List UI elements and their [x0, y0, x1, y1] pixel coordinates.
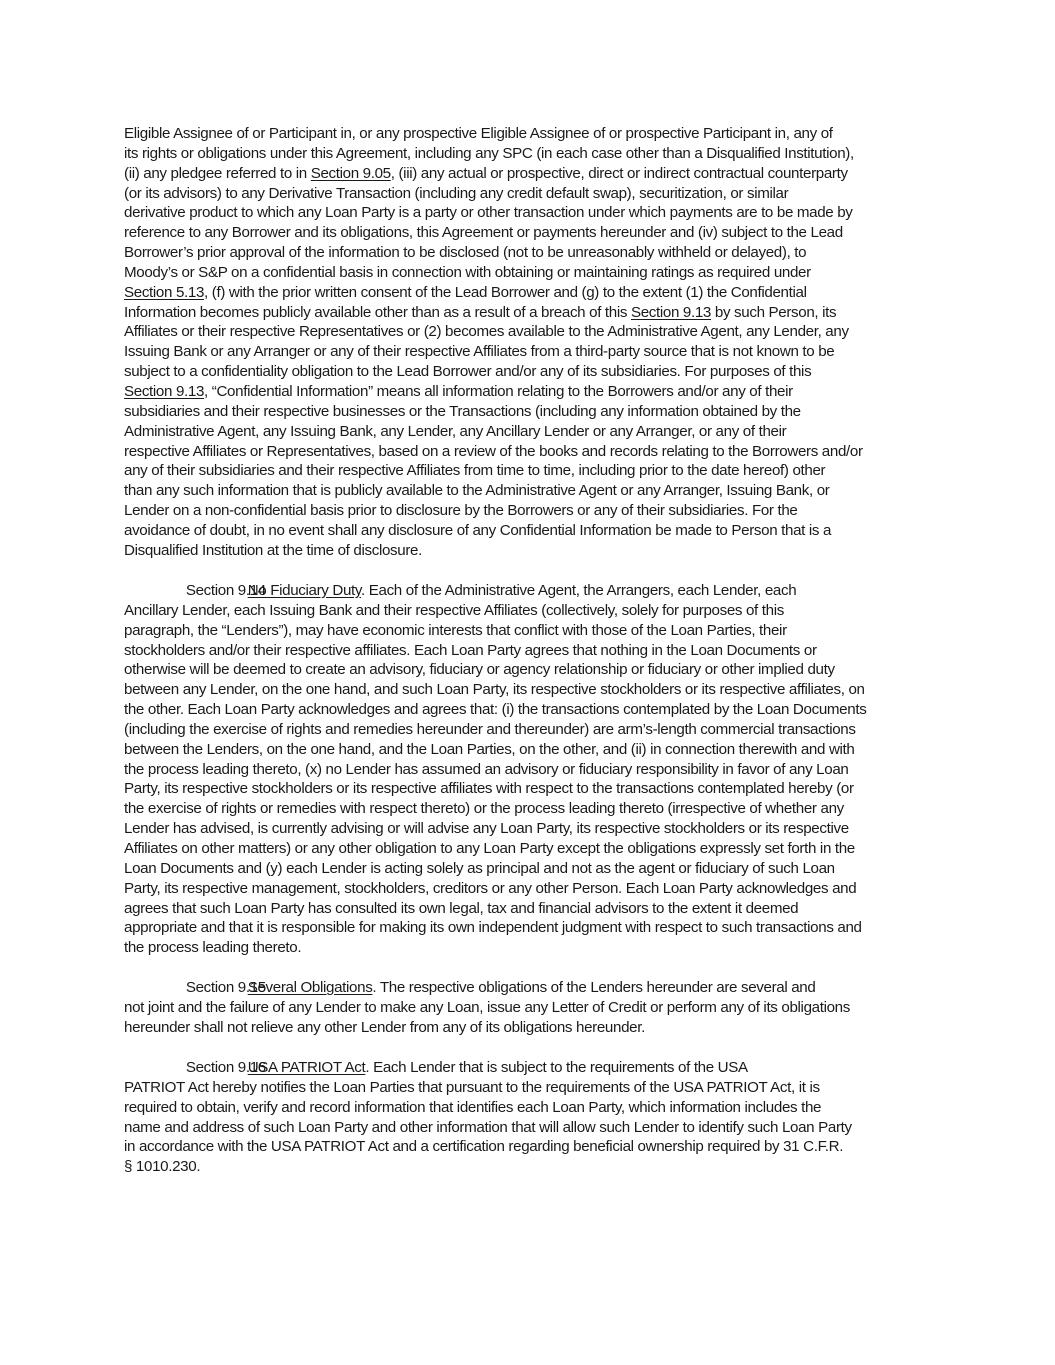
text-line: avoidance of doubt, in no event shall an… [124, 521, 932, 541]
text-line: (ii) any pledgee referred to in Section … [124, 164, 932, 184]
text-line: between any Lender, on the one hand, and… [124, 680, 932, 700]
text-line: stockholders and/or their respective aff… [124, 641, 932, 661]
text-line: paragraph, the “Lenders”), may have econ… [124, 621, 932, 641]
section-number: Section 9.14 [124, 581, 248, 601]
cross-reference-section-5-13[interactable]: Section 5.13 [124, 284, 204, 301]
text-line: Party, its respective stockholders or it… [124, 779, 932, 799]
text-line: the exercise of rights or remedies with … [124, 799, 932, 819]
section-9-16-usa-patriot-act: Section 9.16USA PATRIOT Act. Each Lender… [124, 1058, 934, 1177]
text-line: subsidiaries and their respective busine… [124, 402, 932, 422]
text-line: reference to any Borrower and its obliga… [124, 223, 932, 243]
text-line: Section 5.13, (f) with the prior written… [124, 283, 932, 303]
text-line: Affiliates or their respective Represent… [124, 322, 932, 342]
section-title: USA PATRIOT Act [248, 1059, 366, 1076]
text-line: not joint and the failure of any Lender … [124, 998, 932, 1018]
text-line: any of their subsidiaries and their resp… [124, 461, 932, 481]
cross-reference-section-9-05[interactable]: Section 9.05 [311, 165, 391, 182]
section-9-14-no-fiduciary-duty: Section 9.14No Fiduciary Duty. Each of t… [124, 581, 934, 958]
section-number: Section 9.16 [124, 1058, 248, 1078]
text-line: otherwise will be deemed to create an ad… [124, 660, 932, 680]
text-line: name and address of such Loan Party and … [124, 1118, 932, 1138]
text-line: Party, its respective management, stockh… [124, 879, 932, 899]
section-heading-line: Section 9.16USA PATRIOT Act. Each Lender… [124, 1058, 932, 1078]
text-line: Ancillary Lender, each Issuing Bank and … [124, 601, 932, 621]
text-line: respective Affiliates or Representatives… [124, 442, 932, 462]
text-line: appropriate and that it is responsible f… [124, 918, 932, 938]
section-title: Several Obligations [248, 979, 373, 996]
section-9-15-several-obligations: Section 9.15Several Obligations. The res… [124, 978, 934, 1038]
text-line: § 1010.230. [124, 1157, 932, 1177]
text-line: Borrower’s prior approval of the informa… [124, 243, 932, 263]
text-line: Eligible Assignee of or Participant in, … [124, 124, 932, 144]
text-line: Disqualified Institution at the time of … [124, 541, 932, 561]
text-line: Affiliates on other matters) or any othe… [124, 839, 932, 859]
text-line: (or its advisors) to any Derivative Tran… [124, 184, 932, 204]
text-line: Administrative Agent, any Issuing Bank, … [124, 422, 932, 442]
text-line: required to obtain, verify and record in… [124, 1098, 932, 1118]
text-line: the process leading thereto, (x) no Lend… [124, 760, 932, 780]
text-line: than any such information that is public… [124, 481, 932, 501]
document-page: Eligible Assignee of or Participant in, … [0, 0, 1055, 1365]
text-line: Section 9.13, “Confidential Information”… [124, 382, 932, 402]
cross-reference-section-9-13[interactable]: Section 9.13 [124, 383, 204, 400]
section-heading-line: Section 9.15Several Obligations. The res… [124, 978, 932, 998]
text-line: Issuing Bank or any Arranger or any of t… [124, 342, 932, 362]
text-line: Lender has advised, is currently advisin… [124, 819, 932, 839]
text-line: hereunder shall not relieve any other Le… [124, 1018, 932, 1038]
section-title: No Fiduciary Duty [248, 582, 361, 599]
text-line: PATRIOT Act hereby notifies the Loan Par… [124, 1078, 932, 1098]
text-line: its rights or obligations under this Agr… [124, 144, 932, 164]
text-line: the process leading thereto. [124, 938, 932, 958]
text-line: derivative product to which any Loan Par… [124, 203, 932, 223]
text-line: Loan Documents and (y) each Lender is ac… [124, 859, 932, 879]
text-line: in accordance with the USA PATRIOT Act a… [124, 1137, 932, 1157]
section-number: Section 9.15 [124, 978, 248, 998]
text-line: Moody’s or S&P on a confidential basis i… [124, 263, 932, 283]
text-line: the other. Each Loan Party acknowledges … [124, 700, 932, 720]
section-heading-line: Section 9.14No Fiduciary Duty. Each of t… [124, 581, 932, 601]
paragraph-confidential-information: Eligible Assignee of or Participant in, … [124, 124, 934, 561]
text-line: Lender on a non-confidential basis prior… [124, 501, 932, 521]
text-line: agrees that such Loan Party has consulte… [124, 899, 932, 919]
text-line: Information becomes publicly available o… [124, 303, 932, 323]
cross-reference-section-9-13[interactable]: Section 9.13 [631, 304, 711, 321]
text-line: between the Lenders, on the one hand, an… [124, 740, 932, 760]
text-line: (including the exercise of rights and re… [124, 720, 932, 740]
text-line: subject to a confidentiality obligation … [124, 362, 932, 382]
